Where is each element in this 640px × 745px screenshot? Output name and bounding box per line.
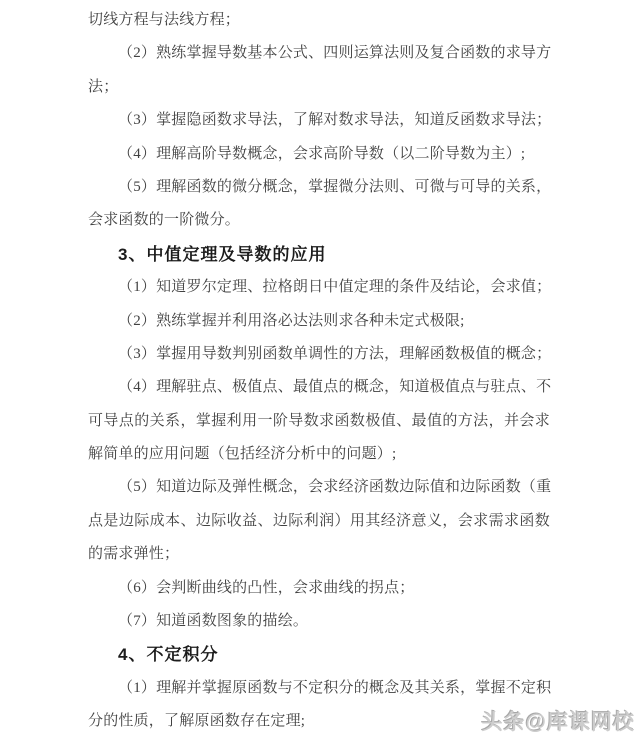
watermark: 头条@库课网校 — [482, 706, 635, 736]
document-line: （3）掌握隐函数求导法，了解对数求导法，知道反函数求导法； — [88, 104, 550, 137]
document-line: （3）掌握用导数判别函数单调性的方法，理解函数极值的概念； — [88, 338, 550, 371]
document-line: 会求函数的一阶微分。 — [88, 204, 550, 237]
document-page: 切线方程与法线方程； （2）熟练掌握导数基本公式、四则运算法则及复合函数的求导方… — [0, 0, 640, 745]
document-line: 点是边际成本、边际收益、边际利润）用其经济意义，会求需求函数 — [88, 505, 550, 538]
document-line: （4）理解高阶导数概念，会求高阶导数（以二阶导数为主）; — [88, 138, 550, 171]
document-line: （4）理解驻点、极值点、最值点的概念，知道极值点与驻点、不 — [88, 371, 550, 404]
document-line: （1）理解并掌握原函数与不定积分的概念及其关系，掌握不定积 — [88, 672, 550, 705]
document-content: 切线方程与法线方程； （2）熟练掌握导数基本公式、四则运算法则及复合函数的求导方… — [88, 4, 550, 739]
document-line: （5）知道边际及弹性概念，会求经济函数边际值和边际函数（重 — [88, 471, 550, 504]
document-line: （2）熟练掌握导数基本公式、四则运算法则及复合函数的求导方 — [88, 37, 550, 70]
document-line: （1）知道罗尔定理、拉格朗日中值定理的条件及结论，会求值； — [88, 271, 550, 304]
document-line: （2）熟练掌握并利用洛必达法则求各种未定式极限; — [88, 305, 550, 338]
document-line: 解简单的应用问题（包括经济分析中的问题）; — [88, 438, 550, 471]
document-line: （5）理解函数的微分概念，掌握微分法则、可微与可导的关系， — [88, 171, 550, 204]
document-line: 的需求弹性； — [88, 538, 550, 571]
section-heading: 4、不定积分 — [88, 638, 550, 671]
document-line: （6）会判断曲线的凸性，会求曲线的拐点； — [88, 572, 550, 605]
document-line: 可导点的关系，掌握利用一阶导数求函数极值、最值的方法，并会求 — [88, 405, 550, 438]
document-line: 切线方程与法线方程； — [88, 4, 550, 37]
document-line: 法； — [88, 71, 550, 104]
section-heading: 3、中值定理及导数的应用 — [88, 238, 550, 271]
document-line: （7）知道函数图象的描绘。 — [88, 605, 550, 638]
